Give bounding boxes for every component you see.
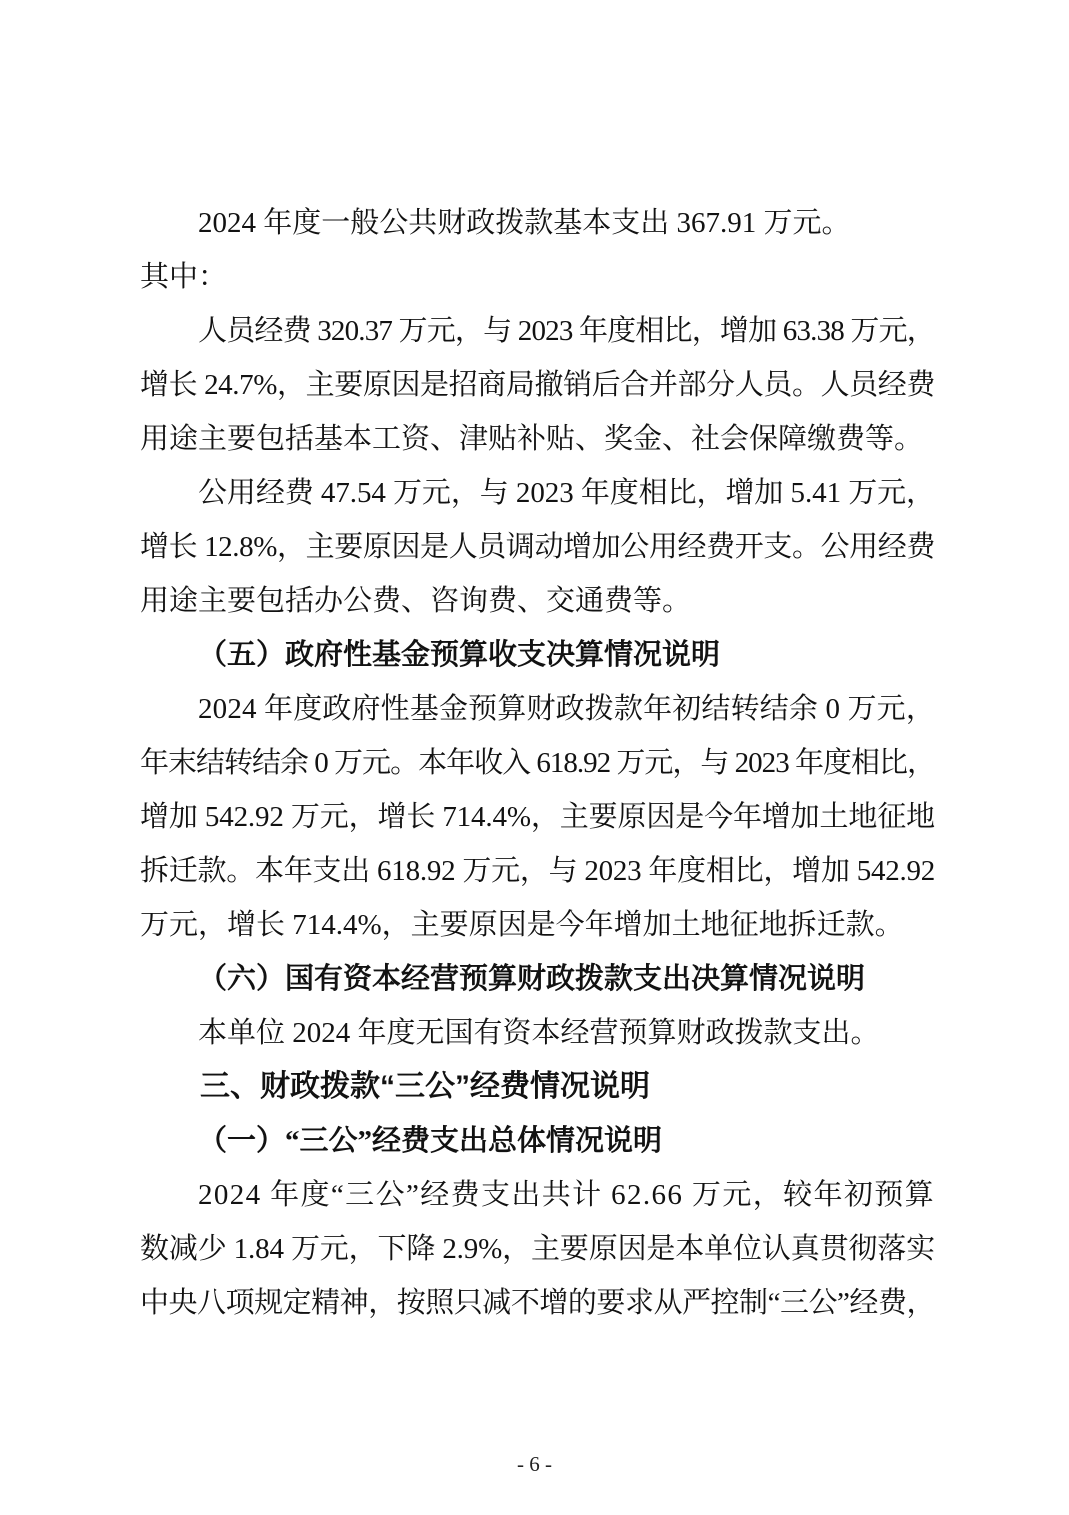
text-line: 2024 年度一般公共财政拨款基本支出 367.91 万元。 <box>140 196 935 250</box>
text-line: 其中： <box>140 250 935 304</box>
line-text: 2024 年度政府性基金预算财政拨款年初结转结余 0 万元， <box>198 682 935 736</box>
line-text: （一）“三公”经费支出总体情况说明 <box>198 1114 662 1168</box>
heading-line: （六）国有资本经营预算财政拨款支出决算情况说明 <box>140 952 935 1006</box>
text-line: 增长 24.7%，主要原因是招商局撤销后合并部分人员。人员经费 <box>140 358 935 412</box>
line-text: 中央八项规定精神，按照只减不增的要求从严控制“三公”经费， <box>140 1276 935 1330</box>
text-line: 人员经费 320.37 万元，与 2023 年度相比，增加 63.38 万元， <box>140 304 935 358</box>
text-line: 万元，增长 714.4%，主要原因是今年增加土地征地拆迁款。 <box>140 898 935 952</box>
line-text: 增加 542.92 万元，增长 714.4%，主要原因是今年增加土地征地 <box>140 790 935 844</box>
line-text: 拆迁款。本年支出 618.92 万元，与 2023 年度相比，增加 542.92 <box>140 844 935 898</box>
text-line: 2024 年度政府性基金预算财政拨款年初结转结余 0 万元， <box>140 682 935 736</box>
line-text: 增长 12.8%，主要原因是人员调动增加公用经费开支。公用经费 <box>140 520 935 574</box>
heading-line: （一）“三公”经费支出总体情况说明 <box>140 1114 935 1168</box>
line-text: 增长 24.7%，主要原因是招商局撤销后合并部分人员。人员经费 <box>140 358 935 412</box>
line-text: 2024 年度“三公”经费支出共计 62.66 万元，较年初预算 <box>198 1168 935 1222</box>
page-number: - 6 - <box>0 1452 1069 1477</box>
line-text: 三、财政拨款“三公”经费情况说明 <box>200 1060 650 1114</box>
line-text: 本单位 2024 年度无国有资本经营预算财政拨款支出。 <box>198 1006 880 1060</box>
line-text: 其中： <box>140 250 227 304</box>
document-body: 2024 年度一般公共财政拨款基本支出 367.91 万元。其中：人员经费 32… <box>140 196 935 1330</box>
line-text: 用途主要包括办公费、咨询费、交通费等。 <box>140 574 691 628</box>
text-line: 本单位 2024 年度无国有资本经营预算财政拨款支出。 <box>140 1006 935 1060</box>
text-line: 增长 12.8%，主要原因是人员调动增加公用经费开支。公用经费 <box>140 520 935 574</box>
text-line: 2024 年度“三公”经费支出共计 62.66 万元，较年初预算 <box>140 1168 935 1222</box>
line-text: 2024 年度一般公共财政拨款基本支出 367.91 万元。 <box>198 196 851 250</box>
line-text: 公用经费 47.54 万元，与 2023 年度相比，增加 5.41 万元， <box>198 466 935 520</box>
document-page: 2024 年度一般公共财政拨款基本支出 367.91 万元。其中：人员经费 32… <box>0 0 1069 1515</box>
line-text: 人员经费 320.37 万元，与 2023 年度相比，增加 63.38 万元， <box>198 304 935 358</box>
line-text: （六）国有资本经营预算财政拨款支出决算情况说明 <box>198 952 865 1006</box>
heading-line: （五）政府性基金预算收支决算情况说明 <box>140 628 935 682</box>
line-text: 用途主要包括基本工资、津贴补贴、奖金、社会保障缴费等。 <box>140 412 923 466</box>
text-line: 用途主要包括办公费、咨询费、交通费等。 <box>140 574 935 628</box>
text-line: 拆迁款。本年支出 618.92 万元，与 2023 年度相比，增加 542.92 <box>140 844 935 898</box>
text-line: 数减少 1.84 万元，下降 2.9%，主要原因是本单位认真贯彻落实 <box>140 1222 935 1276</box>
text-line: 年末结转结余 0 万元。本年收入 618.92 万元，与 2023 年度相比， <box>140 736 935 790</box>
text-line: 用途主要包括基本工资、津贴补贴、奖金、社会保障缴费等。 <box>140 412 935 466</box>
line-text: 数减少 1.84 万元，下降 2.9%，主要原因是本单位认真贯彻落实 <box>140 1222 935 1276</box>
line-text: 万元，增长 714.4%，主要原因是今年增加土地征地拆迁款。 <box>140 898 904 952</box>
heading-line: 三、财政拨款“三公”经费情况说明 <box>140 1060 935 1114</box>
text-line: 增加 542.92 万元，增长 714.4%，主要原因是今年增加土地征地 <box>140 790 935 844</box>
text-line: 公用经费 47.54 万元，与 2023 年度相比，增加 5.41 万元， <box>140 466 935 520</box>
text-line: 中央八项规定精神，按照只减不增的要求从严控制“三公”经费， <box>140 1276 935 1330</box>
line-text: 年末结转结余 0 万元。本年收入 618.92 万元，与 2023 年度相比， <box>140 736 935 790</box>
line-text: （五）政府性基金预算收支决算情况说明 <box>198 628 720 682</box>
